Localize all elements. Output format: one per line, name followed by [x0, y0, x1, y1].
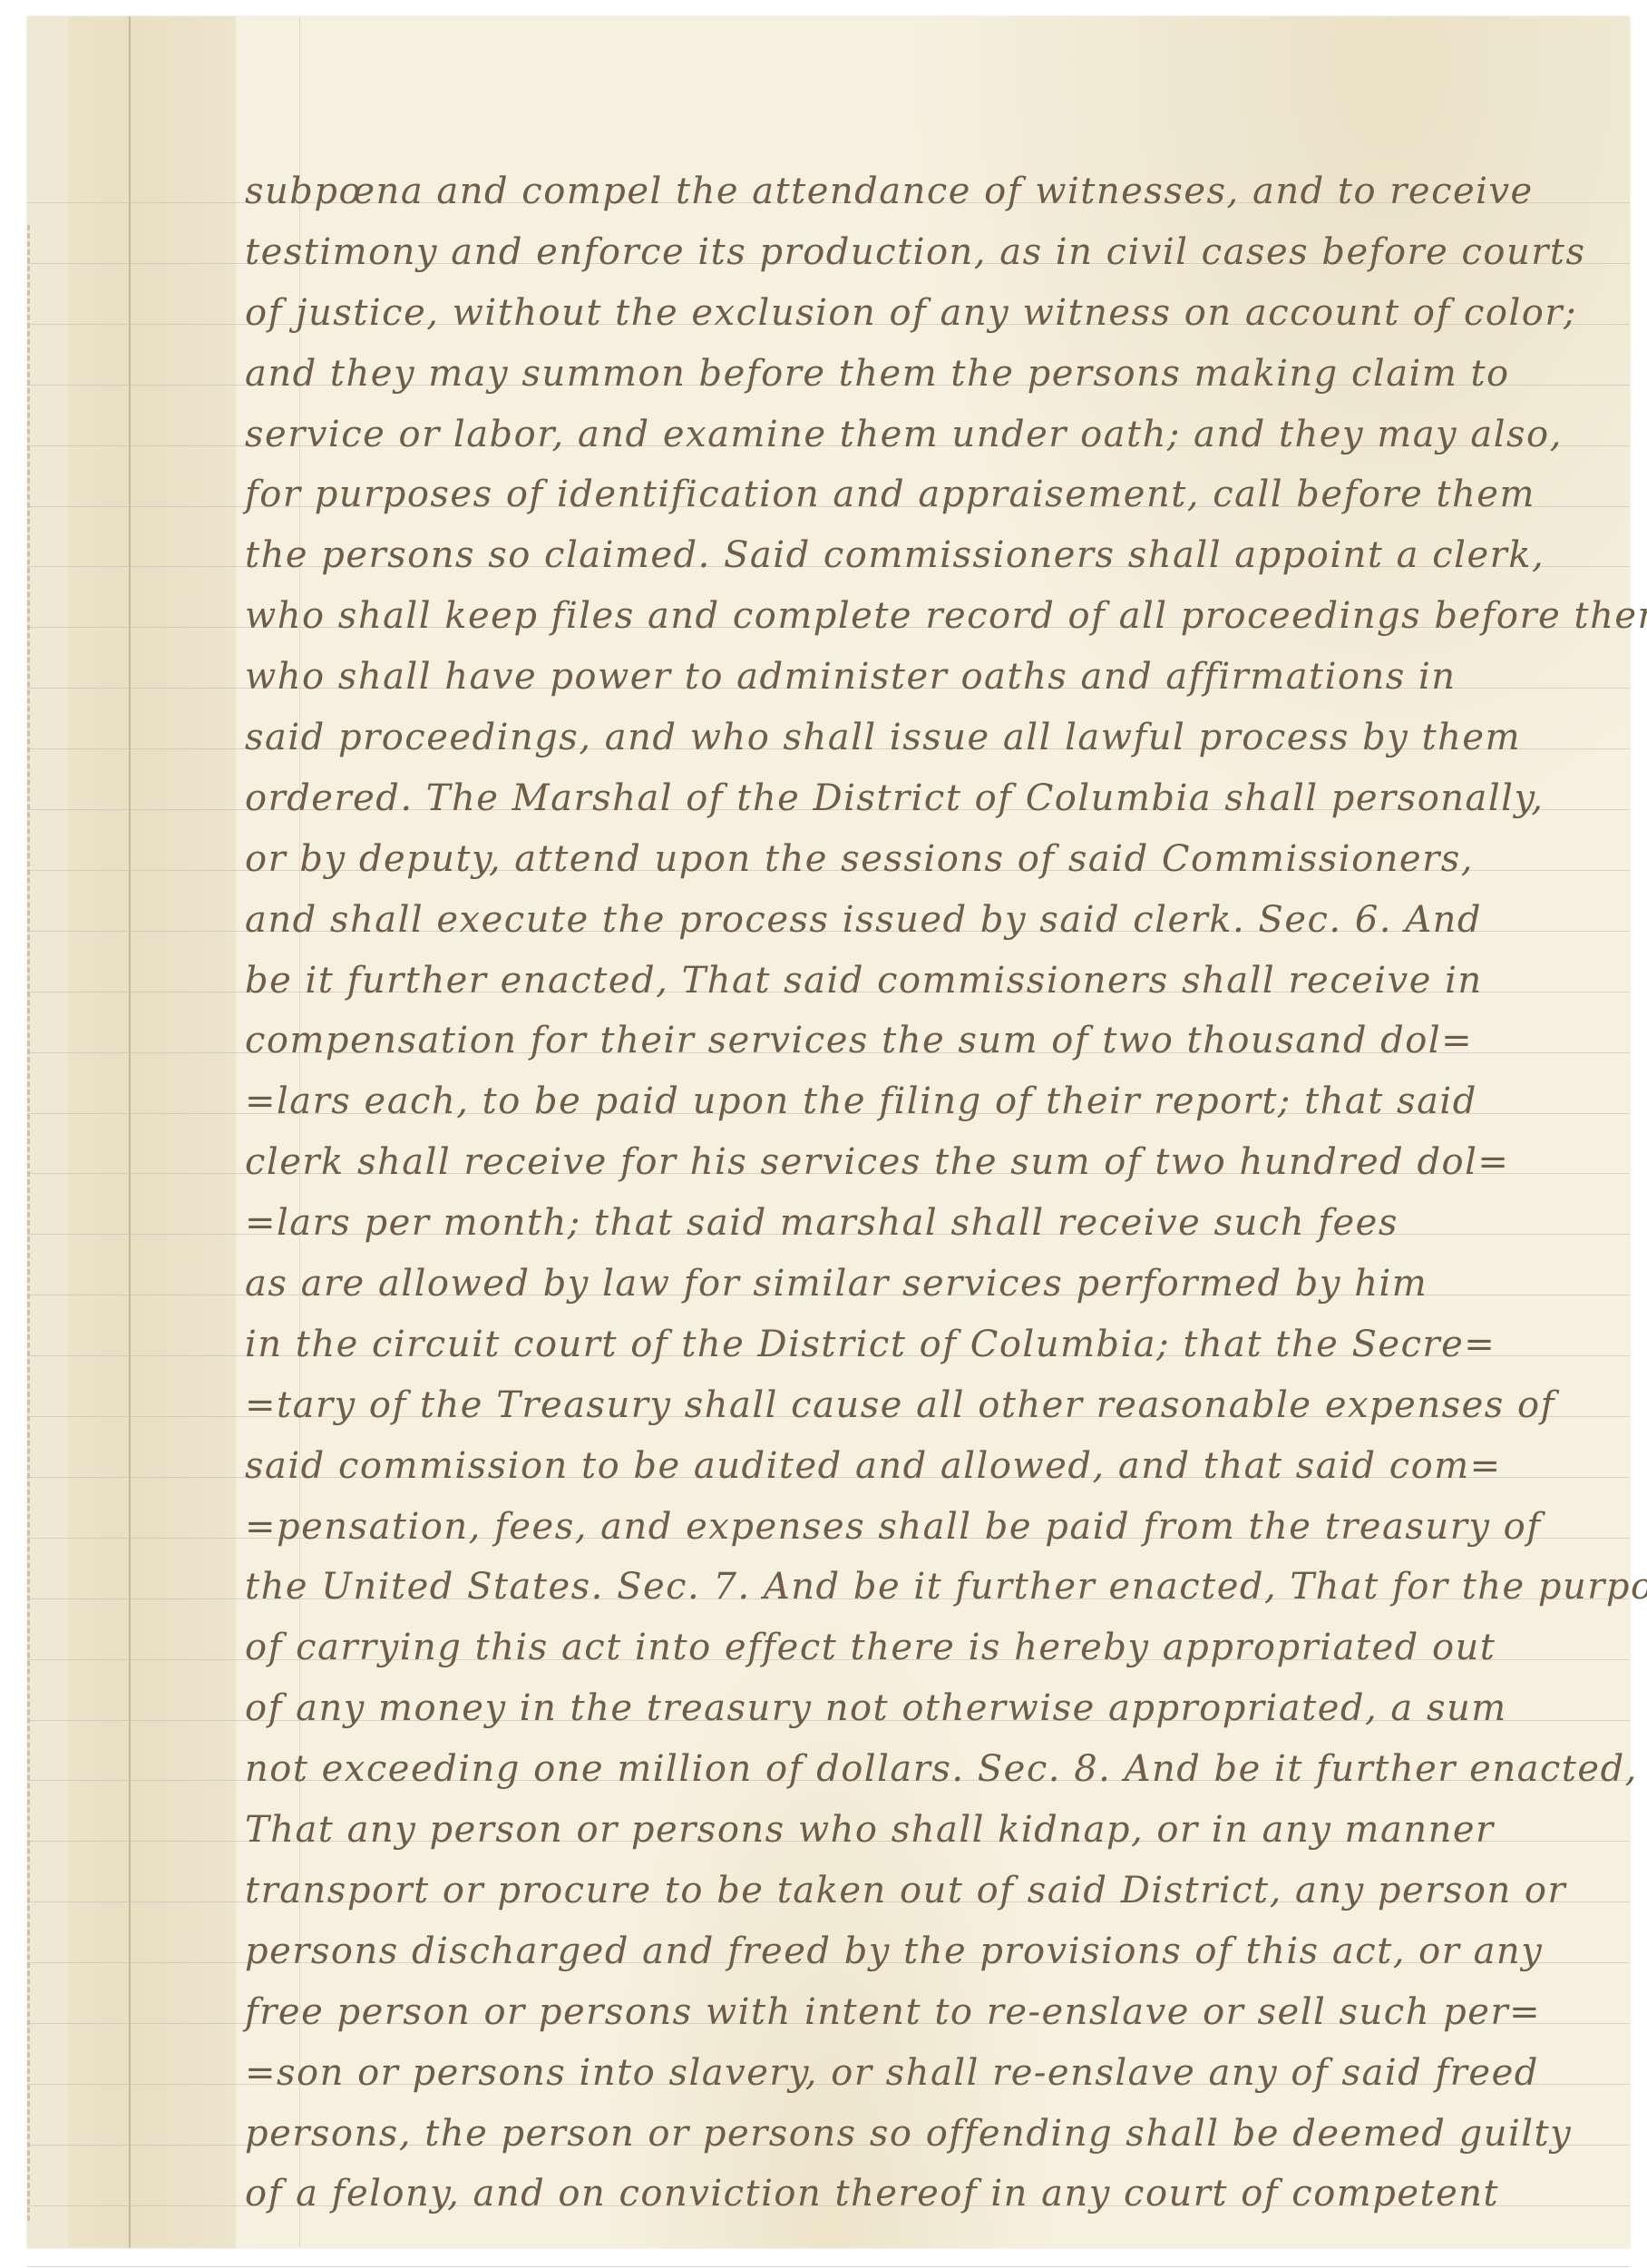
binding-fold-line: [129, 16, 131, 2248]
text-line: =lars each, to be paid upon the filing o…: [245, 1071, 1551, 1132]
torn-left-edge: [27, 225, 39, 2221]
text-line: of justice, without the exclusion of any…: [245, 283, 1551, 344]
text-line: said commission to be audited and allowe…: [245, 1436, 1551, 1497]
text-line: the United States. Sec. 7. And be it fur…: [245, 1557, 1551, 1618]
text-line: or by deputy, attend upon the sessions o…: [245, 829, 1551, 890]
text-line: for purposes of identification and appra…: [245, 464, 1551, 525]
text-line: That any person or persons who shall kid…: [245, 1800, 1551, 1861]
text-line: testimony and enforce its production, as…: [245, 222, 1551, 283]
manuscript-text: subpœna and compel the attendance of wit…: [245, 161, 1551, 2224]
binding-tape-strip: [68, 16, 236, 2248]
text-line: =son or persons into slavery, or shall r…: [245, 2043, 1551, 2104]
text-line: not exceeding one million of dollars. Se…: [245, 1739, 1551, 1800]
text-line: be it further enacted, That said commiss…: [245, 951, 1551, 1012]
text-line: transport or procure to be taken out of …: [245, 1861, 1551, 1921]
text-line: ordered. The Marshal of the District of …: [245, 768, 1551, 829]
ruled-line: [27, 2266, 1630, 2267]
text-line: of carrying this act into effect there i…: [245, 1618, 1551, 1678]
text-line: =tary of the Treasury shall cause all ot…: [245, 1375, 1551, 1436]
text-line: said proceedings, and who shall issue al…: [245, 708, 1551, 768]
manuscript-page: subpœna and compel the attendance of wit…: [27, 16, 1630, 2248]
text-line: the persons so claimed. Said commissione…: [245, 525, 1551, 586]
text-line: persons discharged and freed by the prov…: [245, 1921, 1551, 1982]
text-line: of any money in the treasury not otherwi…: [245, 1678, 1551, 1739]
text-line: and they may summon before them the pers…: [245, 344, 1551, 405]
text-line: compensation for their services the sum …: [245, 1011, 1551, 1071]
text-line: =lars per month; that said marshal shall…: [245, 1193, 1551, 1254]
text-line: free person or persons with intent to re…: [245, 1982, 1551, 2043]
text-line: who shall have power to administer oaths…: [245, 647, 1551, 708]
text-line: persons, the person or persons so offend…: [245, 2104, 1551, 2165]
text-line: who shall keep files and complete record…: [245, 586, 1551, 647]
text-line: =pensation, fees, and expenses shall be …: [245, 1497, 1551, 1558]
text-line: clerk shall receive for his services the…: [245, 1132, 1551, 1193]
text-line: service or labor, and examine them under…: [245, 405, 1551, 465]
text-line: of a felony, and on conviction thereof i…: [245, 2164, 1551, 2224]
text-line: as are allowed by law for similar servic…: [245, 1254, 1551, 1315]
text-line: in the circuit court of the District of …: [245, 1315, 1551, 1375]
text-line: subpœna and compel the attendance of wit…: [245, 161, 1551, 222]
text-line: and shall execute the process issued by …: [245, 890, 1551, 951]
